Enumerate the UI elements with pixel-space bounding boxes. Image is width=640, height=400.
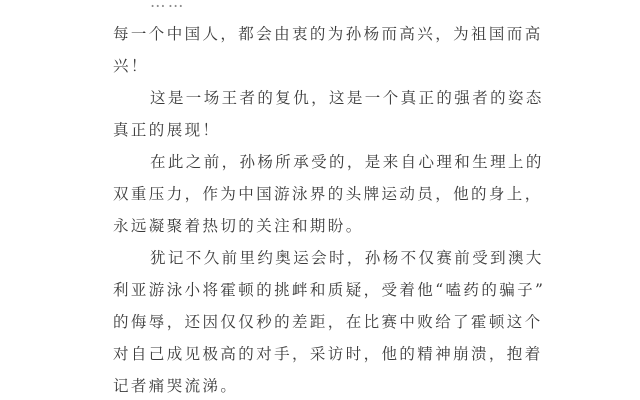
text-line: 记者痛哭流涕。 [113,370,529,400]
document-page: …… 每一个中国人，都会由衷的为孙杨而高兴，为祖国而高 兴！ 这是一场王者的复仇… [113,0,529,400]
text-line: 兴！ [113,50,529,82]
text-line: 双重压力，作为中国游泳界的头牌运动员，他的身上， [113,178,529,210]
paragraph-start-line: 这是一场王者的复仇，这是一个真正的强者的姿态 [113,82,529,114]
paragraph-start-line: 犹记不久前里约奥运会时，孙杨不仅赛前受到澳大 [113,242,529,274]
text-line-partial: …… [113,0,529,18]
paragraph-start-line: 在此之前，孙杨所承受的，是来自心理和生理上的 [113,146,529,178]
text-line: 永远凝聚着热切的关注和期盼。 [113,210,529,242]
text-line: 每一个中国人，都会由衷的为孙杨而高兴，为祖国而高 [113,18,529,50]
text-line: 真正的展现！ [113,114,529,146]
text-line: 的侮辱，还因仅仅秒的差距，在比赛中败给了霍顿这个 [113,306,529,338]
text-line: 对自己成见极高的对手，采访时，他的精神崩溃，抱着 [113,338,529,370]
text-line: 利亚游泳小将霍顿的挑衅和质疑，受着他“嗑药的骗子” [113,274,529,306]
